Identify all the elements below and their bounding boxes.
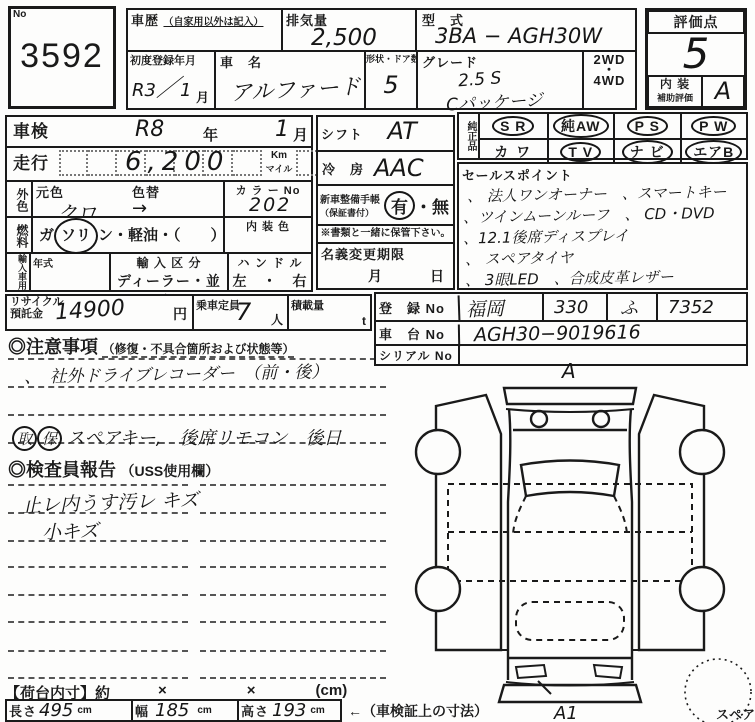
part-navi: ナ ビ xyxy=(613,138,680,164)
notes-line-1: 、 社外ドライブレコーダー （前・後） xyxy=(24,357,329,387)
history-sub-label: （自家用以外は記入） xyxy=(163,17,263,28)
notes-circle-tori: 取 xyxy=(12,426,37,451)
recycle-value: 14900 xyxy=(54,296,126,326)
fuel-text-post: ン・軽油・（ ） xyxy=(98,227,226,244)
first-registration-label: 初度登録年月 xyxy=(130,52,214,68)
interior-score-value: A xyxy=(703,75,745,108)
sales-points-label: セールスポイント xyxy=(462,165,746,184)
exterior-color-label: 外色 xyxy=(7,182,33,216)
shift-label: シフト xyxy=(321,127,363,142)
notes-heading-sub: （修復・不具合箇所および状態等） xyxy=(102,342,294,358)
maintenance-book-box: 新車整備手帳 （保証書付） 有・無 ※書類と一緒に保管下さい。 xyxy=(316,186,455,244)
report-heading-main: ◎検査員報告 xyxy=(8,460,116,480)
report-ruled-line xyxy=(8,621,188,623)
part-aw: 純AW xyxy=(547,114,614,138)
ac-box: 冷 房 AAC xyxy=(316,152,455,186)
displacement-cell: 排気量 2,500 xyxy=(283,8,417,52)
diagram-spare-label: スペア xyxy=(716,708,755,722)
mileage-unit-mile: マイル xyxy=(262,162,296,175)
score-box: 評価点 5 内 装 補助評価 A xyxy=(645,8,747,110)
mileage-cell xyxy=(59,150,88,176)
name-change-label: 名義変更期限 xyxy=(321,244,453,263)
fuel-row: 燃料 ガソリン・軽油・（ ） 内 装 色 xyxy=(5,218,313,254)
capacity-unit: 人 xyxy=(271,311,284,328)
first-reg-month: 1 xyxy=(180,80,191,101)
handle-label: ハ ン ド ル xyxy=(229,254,311,271)
car-name-cell: 車 名 アルファード xyxy=(216,52,366,110)
report-ruled-line xyxy=(200,621,386,623)
mileage-value: 6,200 xyxy=(125,147,229,177)
oem-parts-label: 純正品 xyxy=(459,114,480,158)
dimension-boxes: 長さ 495 cm 幅 185 cm 高さ 193 cm xyxy=(5,699,342,722)
book-note: ※書類と一緒に保管下さい。 xyxy=(318,224,453,241)
sales-point-line: 、 3眼LED 、合成皮革レザー xyxy=(465,266,746,290)
oem-parts-grid: S R 純AW P S P W カ ワ T V ナ ビ エアB xyxy=(480,114,746,158)
width-label: 幅 xyxy=(135,701,149,720)
capacity-value: 7 xyxy=(236,298,251,326)
fuel-label: 燃料 xyxy=(7,218,33,252)
interior-sub-label: 補助評価 xyxy=(649,91,701,104)
model-code-cell: 型 式 3BA − AGH30W xyxy=(417,8,637,52)
height-label: 高さ xyxy=(241,701,269,720)
length-cm: cm xyxy=(77,705,91,716)
report-line-2: 小キズ xyxy=(42,516,100,545)
book-separator: ・ xyxy=(415,198,432,217)
import-row: 輸入車用 年式 輸 入 区 分 ディーラー・並行 ハ ン ド ル 左 ・ 右 xyxy=(5,254,313,292)
registration-area: 福岡 xyxy=(458,293,543,322)
report-ruled-line xyxy=(200,484,386,486)
mileage-label: 走行 xyxy=(13,154,49,173)
year-type-label: 年式 xyxy=(33,259,53,270)
report-ruled-line xyxy=(8,677,188,679)
serial-row: シリアル No xyxy=(376,344,746,364)
shaken-row: 車検 R8 年 1 月 xyxy=(5,115,313,148)
diagram-mark-bottom: A1 xyxy=(553,703,578,722)
part-label: 純AW xyxy=(553,114,609,138)
part-sr: S R xyxy=(480,114,547,138)
diagram-mark-top: A xyxy=(560,362,576,383)
report-ruled-line xyxy=(200,677,386,679)
color-change-arrow: → xyxy=(132,198,223,219)
registration-number: 7352 xyxy=(656,294,746,320)
sales-points-box: セールスポイント 、 法人ワンオーナー 、スマートキー 、ツインムーンルーフ 、… xyxy=(457,162,748,290)
capacity-label: 乗車定員 xyxy=(196,300,240,312)
registration-block: 登 録 No 福岡 330 ふ 7352 車 台 No AGH30−901961… xyxy=(374,292,748,366)
history-cell: 車歴 （自家用以外は記入） xyxy=(126,8,283,52)
score-value: 5 xyxy=(648,33,744,75)
part-airbag: エアB xyxy=(680,138,747,164)
handle-value: 左 ・ 右 xyxy=(229,271,311,291)
height-value: 193 xyxy=(272,700,306,721)
book-no: 無 xyxy=(432,198,449,217)
part-label: エアB xyxy=(685,140,742,164)
recycle-row: リサイクル 預託金 14900 円 乗車定員 7 人 積載量 t xyxy=(5,294,372,331)
part-label: ナ ビ xyxy=(622,140,673,164)
car-name-value: アルファード xyxy=(229,70,364,108)
exterior-color-row: 外色 元色 クロ 色替 → カ ラ ー No 202 xyxy=(5,182,313,218)
load-label: 積載量 xyxy=(291,300,324,312)
first-reg-year: R3 xyxy=(132,80,156,101)
ac-label: 冷 房 xyxy=(322,159,364,178)
shift-value: AT xyxy=(387,117,416,145)
chassis-value: AGH30−9019616 xyxy=(458,319,746,346)
vehicle-diagram: A A1 スペア xyxy=(396,362,755,722)
color-no-value: 202 xyxy=(249,194,311,216)
notes-circle-ho: 保 xyxy=(37,426,62,451)
score-label: 評価点 xyxy=(674,14,719,30)
report-ruled-line xyxy=(8,566,188,568)
chassis-label: 車 台 No xyxy=(376,322,458,344)
length-value: 495 xyxy=(39,700,73,721)
lot-number-box: No 3592 xyxy=(8,6,116,109)
first-reg-month-suffix: 月 xyxy=(196,87,210,106)
lot-number: 3592 xyxy=(11,37,113,76)
part-ps: P S xyxy=(613,114,680,138)
registration-class: 330 xyxy=(542,294,606,320)
first-registration-cell: 初度登録年月 R3／1 月 xyxy=(126,52,216,110)
book-yes-circled: 有 xyxy=(384,191,415,220)
shaken-year-value: R8 xyxy=(135,117,164,142)
length-label: 長さ xyxy=(9,701,37,720)
report-ruled-line xyxy=(200,512,386,514)
notes-heading: ◎注意事項 （修復・不具合箇所および状態等） xyxy=(8,333,294,359)
name-change-month: 月 xyxy=(368,266,383,286)
mileage-row: 走行 Km マイル 6,200 xyxy=(5,148,313,182)
grade-cell: グレード 2.5 S Cパッケージ xyxy=(418,52,584,110)
part-label: S R xyxy=(492,116,534,136)
part-label: P W xyxy=(691,116,736,136)
book-label-1: 新車整備手帳 xyxy=(320,191,384,206)
part-pw: P W xyxy=(680,114,747,138)
notes-ruled-line xyxy=(8,414,386,416)
report-heading: ◎検査員報告 （USS使用欄） xyxy=(8,456,219,482)
oem-parts-box: 純正品 S R 純AW P S P W カ ワ T V ナ ビ エアB xyxy=(457,112,748,160)
fuel-circled-choice: ソリ xyxy=(54,218,98,254)
drive-type-cell: 2WD ・ 4WD xyxy=(584,52,637,110)
notes-line-2-text: スペアキー, 後席リモコン 後日 xyxy=(66,428,341,449)
part-label: P S xyxy=(627,116,668,136)
fuel-text-pre: ガ xyxy=(39,227,54,244)
notes-heading-main: ◎注意事項 xyxy=(8,337,98,357)
history-label: 車歴 xyxy=(131,13,159,28)
chassis-row: 車 台 No AGH30−9019616 xyxy=(376,320,746,344)
mileage-unit-km: Km xyxy=(262,150,296,162)
width-cm: cm xyxy=(197,705,211,716)
registration-label: 登 録 No xyxy=(376,294,458,320)
body-doors-value: 5 xyxy=(366,71,416,99)
interior-score-label-cell: 内 装 補助評価 xyxy=(647,75,703,108)
report-ruled-line xyxy=(200,540,386,542)
part-label: カ ワ xyxy=(494,142,532,162)
interior-label: 内 装 xyxy=(649,77,701,91)
part-label: T V xyxy=(560,142,601,162)
name-change-day: 日 xyxy=(430,266,445,286)
displacement-value: 2,500 xyxy=(311,25,415,51)
import-class-label: 輸 入 区 分 xyxy=(111,254,227,271)
report-ruled-line xyxy=(8,650,188,652)
body-doors-cell: 形状・ドア数 5 xyxy=(366,52,418,110)
width-value: 185 xyxy=(155,700,189,721)
interior-color-label: 内 装 色 xyxy=(225,218,311,234)
book-label-2: （保証書付） xyxy=(320,206,384,219)
recycle-yen: 円 xyxy=(173,304,188,324)
first-reg-slash: ／ xyxy=(156,74,180,102)
report-ruled-line xyxy=(200,566,386,568)
report-ruled-line xyxy=(8,594,188,596)
report-ruled-line xyxy=(200,650,386,652)
shaken-month-suffix: 月 xyxy=(293,124,309,145)
report-ruled-line xyxy=(200,594,386,596)
shaken-year-suffix: 年 xyxy=(203,124,219,145)
mileage-cell xyxy=(233,150,262,176)
drive-4wd-label: 4WD xyxy=(584,73,635,88)
report-heading-sub: （USS使用欄） xyxy=(120,463,219,479)
lot-label: No xyxy=(13,9,26,20)
ac-value: AAC xyxy=(374,154,424,182)
shaken-month-value: 1 xyxy=(275,117,289,142)
part-tv: T V xyxy=(547,138,614,164)
part-leather: カ ワ xyxy=(480,138,547,164)
registration-row: 登 録 No 福岡 330 ふ 7352 xyxy=(376,294,746,320)
mileage-cell xyxy=(88,150,117,176)
auction-sheet: No 3592 車歴 （自家用以外は記入） 排気量 2,500 型 式 3BA … xyxy=(0,0,755,722)
shift-box: シフト AT xyxy=(316,115,455,152)
import-label: 輸入車用 xyxy=(7,254,31,290)
car-name-label: 車 名 xyxy=(220,52,364,71)
shaken-label: 車検 xyxy=(13,122,49,141)
model-code-value: 3BA − AGH30W xyxy=(435,24,635,48)
registration-kana: ふ xyxy=(606,294,656,320)
load-unit: t xyxy=(362,314,367,328)
height-cm: cm xyxy=(310,705,324,716)
name-change-box: 名義変更期限 月 日 xyxy=(316,244,455,290)
notes-line-2: 取保 スペアキー, 後席リモコン 後日 xyxy=(12,424,342,451)
body-doors-label: 形状・ドア数 xyxy=(366,52,416,65)
